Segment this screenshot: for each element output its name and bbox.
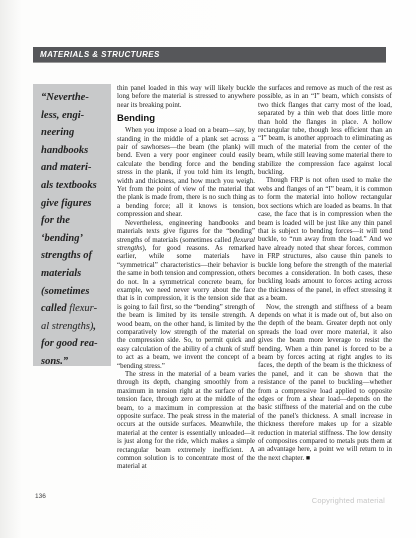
body-paragraph: Now, the strength and stiffness of a bea… — [258, 303, 392, 463]
pull-quote-text: handbooks — [41, 145, 88, 156]
copyright-watermark: Copyrighted material — [312, 496, 385, 505]
pull-quote-line: strengths of — [41, 247, 107, 265]
pull-quote-line: for the — [41, 212, 107, 230]
section-heading: Bending — [117, 113, 255, 124]
paragraph-text: ), for good reasons. As remarked earlier… — [117, 244, 255, 370]
pull-quote-text: for good rea- — [41, 338, 98, 349]
pull-quote-line: sons.” — [41, 353, 107, 371]
body-paragraph: thin panel loaded in this way will likel… — [117, 84, 255, 109]
pull-quote-line: and materi- — [41, 159, 107, 177]
body-paragraph: The stress in the material of a beam var… — [117, 370, 255, 471]
pull-quote-line: for good rea- — [41, 335, 107, 353]
paragraph-text: Now, the strength and stiffness of a bea… — [258, 303, 392, 462]
pull-quote-line: neering — [41, 124, 107, 142]
pull-quote-text: less, engi- — [41, 110, 84, 121]
pull-quote-text: als textbooks — [41, 180, 97, 191]
text-column-left: thin panel loaded in this way will likel… — [117, 84, 255, 471]
pull-quote-text: flexur- — [69, 303, 97, 314]
body-paragraph: When you impose a load on a beam—say, by… — [117, 126, 255, 218]
page-number: 136 — [35, 493, 46, 500]
body-paragraph: the surfaces and remove as much of the r… — [258, 84, 392, 176]
pull-quote-text: materials — [41, 268, 81, 279]
pull-quote-text: (sometimes — [41, 286, 89, 297]
pull-quote-line: (sometimes — [41, 283, 107, 301]
pull-quote-text: ‘bending’ — [41, 233, 83, 244]
pull-quote-text: “Neverthe- — [41, 92, 89, 103]
pull-quote-text: called — [41, 303, 69, 314]
pull-quote-line: handbooks — [41, 142, 107, 160]
pull-quote-line: materials — [41, 265, 107, 283]
pull-quote-text: neering — [41, 127, 74, 138]
paragraph-text: Though FRP is not often used to make the… — [258, 176, 392, 302]
pull-quote-text: , — [93, 321, 96, 332]
body-paragraph: Though FRP is not often used to make the… — [258, 176, 392, 302]
section-header-title: MATERIALS & STRUCTURES — [33, 50, 160, 59]
paragraph-text: The stress in the material of a beam var… — [117, 370, 255, 470]
pull-quote-text: sons.” — [41, 356, 68, 367]
pull-quote-text: and materi- — [41, 162, 91, 173]
text-column-right: the surfaces and remove as much of the r… — [258, 84, 392, 462]
pull-quote-line: ‘bending’ — [41, 230, 107, 248]
pull-quote-line: als textbooks — [41, 177, 107, 195]
pull-quote-text: for the — [41, 215, 70, 226]
pull-quote-line: less, engi- — [41, 107, 107, 125]
paragraph-text: the surfaces and remove as much of the r… — [258, 84, 392, 176]
pull-quote-line: al strengths), — [41, 318, 107, 336]
pull-quote-text: al strengths) — [41, 321, 93, 332]
pull-quote-line: “Neverthe- — [41, 89, 107, 107]
pull-quote-line: give figures — [41, 195, 107, 213]
paragraph-text: When you impose a load on a beam—say, by… — [117, 126, 255, 218]
book-page: MATERIALS & STRUCTURES “Neverthe-less, e… — [0, 0, 416, 538]
pull-quote-box: “Neverthe-less, engi-neeringhandbooksand… — [33, 84, 111, 366]
pull-quote-line: called flexur- — [41, 300, 107, 318]
body-paragraph: Nevertheless, engineering handbooks and … — [117, 219, 255, 370]
pull-quote-text: give figures — [41, 198, 91, 209]
pull-quote-text: strengths of — [41, 250, 92, 261]
paragraph-text: thin panel loaded in this way will likel… — [117, 84, 255, 109]
section-header-bar: MATERIALS & STRUCTURES — [33, 47, 386, 62]
